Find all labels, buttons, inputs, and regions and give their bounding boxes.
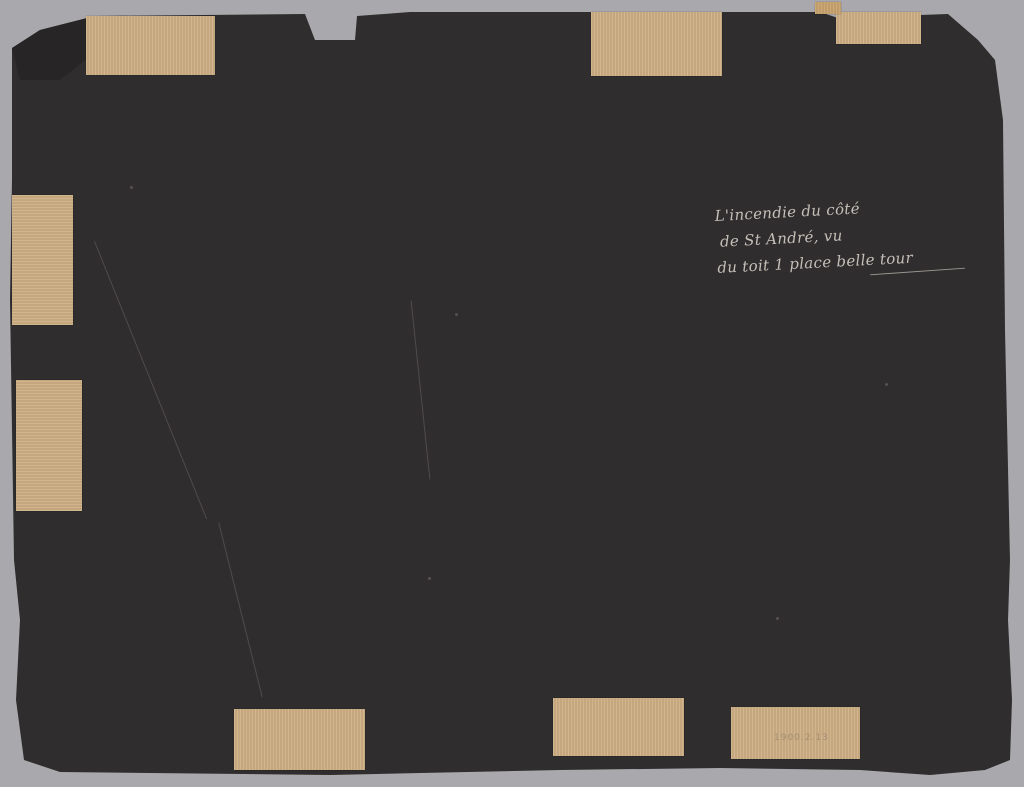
tape-corner-fragment	[815, 2, 841, 14]
tape-left-lower	[16, 380, 82, 511]
handwritten-inscription: L'incendie du côté de St André, vu du to…	[714, 189, 978, 281]
black-board	[0, 0, 1024, 787]
speck	[130, 186, 133, 189]
artwork-verso: L'incendie du côté de St André, vu du to…	[0, 0, 1024, 787]
speck	[776, 617, 779, 620]
speck	[885, 383, 888, 386]
tape-top-left	[86, 16, 215, 75]
tape-bottom-left	[234, 709, 365, 770]
tape-left-upper	[12, 195, 73, 325]
tape-top-right	[836, 12, 921, 44]
speck	[428, 577, 431, 580]
speck	[455, 313, 458, 316]
tape-top-center	[591, 12, 722, 76]
tape-bottom-center	[553, 698, 684, 756]
pencil-inventory-number: 1900.2.13	[774, 733, 829, 743]
